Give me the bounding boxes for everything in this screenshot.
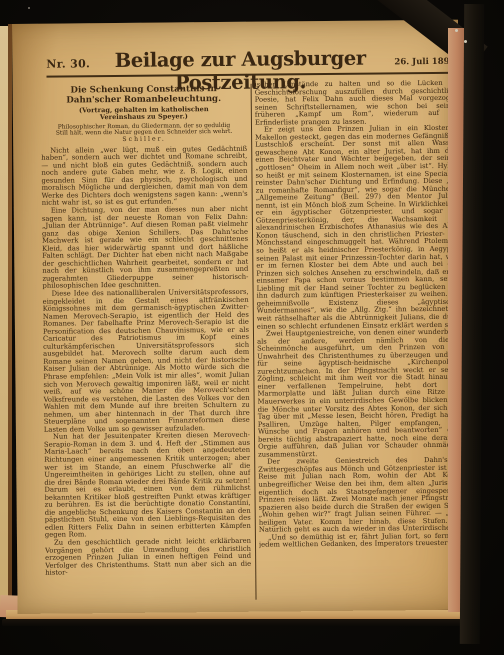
issue-number: Nr. 30. [46,57,90,70]
paragraph: ischen Umstände zu halten und so die Lüc… [255,80,461,127]
paragraph: Zwei Hauptgeniestreiche, von denen einer… [257,329,464,459]
right-column: ischen Umstände zu halten und so die Lüc… [255,80,466,606]
bottom-edge-shadow [2,619,470,626]
clamp-rivet [455,29,458,32]
paragraph: Zu den geschichtlich gerade nicht leicht… [45,538,251,578]
paragraph: Nun hat der Jesuitenpater Kreiten diesen… [44,432,251,540]
article-title: Die Schenkung Constantins in Dahn'scher … [47,84,241,106]
paragraph: Er zeigt uns den Prinzen Julian in ein K… [255,125,463,331]
article-subtitle: (Vortrag, gehalten im katholischen Verei… [67,106,221,122]
epigraph-author: Schiller. [122,136,166,143]
gutter-shadow [8,24,12,616]
adjacent-page-edge [0,26,8,612]
article-epigraph: Philosophischer Roman, du Gliedermann, d… [45,123,243,145]
text-columns: Die Schenkung Constantins in Dahn'scher … [41,80,466,608]
book-photo-background: Nr. 30. Beilage zur Augsburger Postzeitu… [0,0,504,655]
paragraph: „Und so demüthig ist er, fährt Julian fo… [259,532,465,549]
left-column: Die Schenkung Constantins in Dahn'scher … [41,82,252,608]
binding-board-edge [460,4,484,644]
newspaper-page: Nr. 30. Beilage zur Augsburger Postzeitu… [12,20,464,614]
paragraph: Eine Dichtung, von der man dieses nun ab… [42,206,249,291]
dust-speck [28,7,30,9]
paragraph: Diese Idee des nationalliberalen Univers… [43,289,250,434]
paragraph: Der zweite Geniestreich des Dahn'schen Z… [258,457,465,534]
paragraph: Nicht allein „wer lügt, muß ein gutes Ge… [41,145,248,207]
clamp-rivet [464,40,467,43]
